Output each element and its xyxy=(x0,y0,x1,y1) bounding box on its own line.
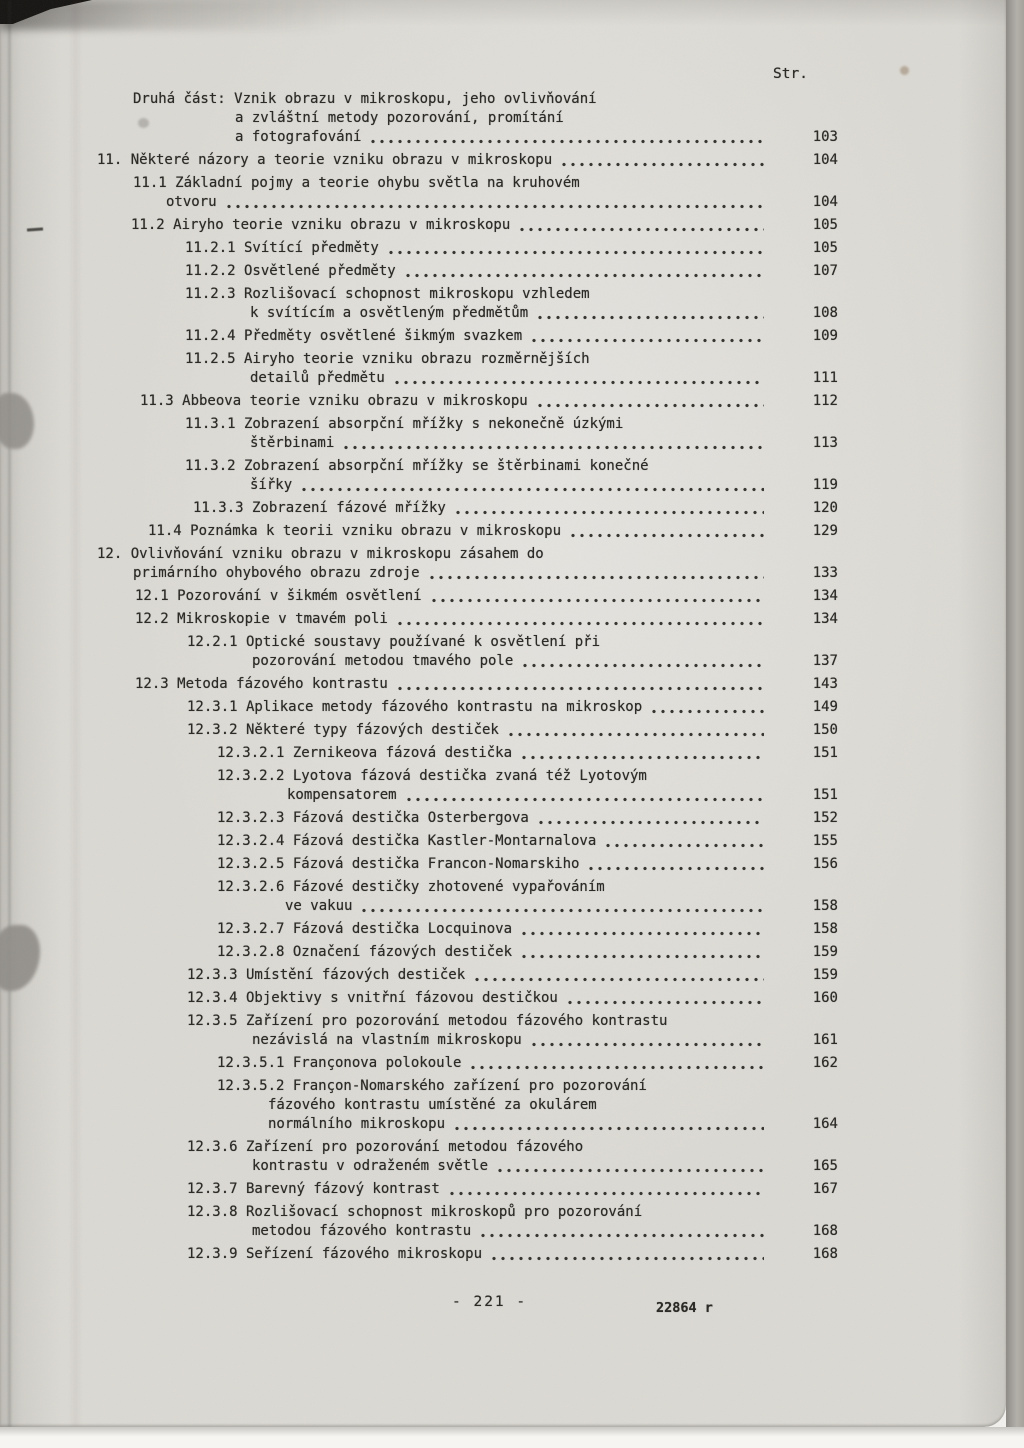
toc-entry-title: 12.3.2.6 Fázové destičky zhotovené vypař… xyxy=(217,879,605,895)
toc-entry-title: 11.3 Abbeova teorie vzniku obrazu v mikr… xyxy=(140,392,528,411)
dot-leader xyxy=(406,797,764,802)
toc-page-number: 159 xyxy=(790,966,838,985)
toc-entry-title: Druhá část: Vznik obrazu v mikroskopu, j… xyxy=(133,91,597,107)
toc-entry: 11. Některé názory a teorie vzniku obraz… xyxy=(60,151,838,170)
toc-entry-title: 12. Ovlivňování vzniku obrazu v mikrosko… xyxy=(97,546,544,562)
toc-entry-title: a zvláštní metody pozorování, promítání xyxy=(235,110,564,126)
toc-page-number: 104 xyxy=(790,193,838,212)
dot-leader xyxy=(480,1233,764,1238)
toc-entry: 12.3.2.7 Fázová destička Locquinova158 xyxy=(60,920,838,939)
toc-page-number: 160 xyxy=(790,989,838,1008)
toc-entry-title: 11.2 Airyho teorie vzniku obrazu v mikro… xyxy=(131,216,510,235)
dot-leader xyxy=(605,843,764,848)
toc-entry-title: 11.3.2 Zobrazení absorpční mřížky se ště… xyxy=(185,458,649,474)
toc-entry-title: 12.3.2.7 Fázová destička Locquinova xyxy=(217,920,512,939)
toc-entry-title: 12.3.1 Aplikace metody fázového kontrast… xyxy=(187,698,642,717)
toc-entry: 11.2.5 Airyho teorie vzniku obrazu rozmě… xyxy=(60,350,838,388)
toc-line: 12.2.1 Optické soustavy používané k osvě… xyxy=(60,633,838,652)
dot-leader xyxy=(431,598,764,603)
toc-entry: 12.3.9 Seřízení fázového mikroskopu168 xyxy=(60,1245,838,1264)
toc-entry-title: štěrbinami xyxy=(250,434,334,453)
toc-line: 12.3.2.4 Fázová destička Kastler-Montarn… xyxy=(60,832,838,851)
toc-line: 11.3.3 Zobrazení fázové mřížky120 xyxy=(60,499,838,518)
toc-entry: 11.2.1 Svítící předměty105 xyxy=(60,239,838,258)
toc-line: metodou fázového kontrastu168 xyxy=(60,1222,838,1241)
dot-leader xyxy=(521,931,764,936)
dot-leader xyxy=(588,866,764,871)
toc-page-number: 155 xyxy=(790,832,838,851)
toc-entry-title: 12.3.2.3 Fázová destička Osterbergova xyxy=(217,809,529,828)
toc-line: 11.2.5 Airyho teorie vzniku obrazu rozmě… xyxy=(60,350,838,369)
toc-page-number: 103 xyxy=(790,128,838,147)
toc-entry-title: 12.3.3 Umístění fázových destiček xyxy=(187,966,465,985)
toc-page-number: 133 xyxy=(790,564,838,583)
pen-dash-mark xyxy=(27,227,43,231)
toc-line: k svítícím a osvětleným předmětům108 xyxy=(60,304,838,323)
dot-leader xyxy=(497,1168,764,1173)
toc-entry: 12.3.2.3 Fázová destička Osterbergova152 xyxy=(60,809,838,828)
toc-entry: 12.3.2 Některé typy fázových destiček150 xyxy=(60,721,838,740)
toc-page-number: 119 xyxy=(790,476,838,495)
toc-entry-title: 12.3.2.4 Fázová destička Kastler-Montarn… xyxy=(217,832,596,851)
toc-entry-title: 12.3.8 Rozlišovací schopnost mikroskopů … xyxy=(187,1204,642,1220)
table-of-contents: Druhá část: Vznik obrazu v mikroskopu, j… xyxy=(60,90,838,1268)
dot-leader xyxy=(449,1191,764,1196)
toc-entry-title: 12.3.5.1 Françonova polokoule xyxy=(217,1054,461,1073)
toc-entry: 12.3.2.1 Zernikeova fázová destička151 xyxy=(60,744,838,763)
toc-page-number: 152 xyxy=(790,809,838,828)
toc-page-number: 161 xyxy=(790,1031,838,1050)
scanned-page: Str. Druhá část: Vznik obrazu v mikrosko… xyxy=(0,0,1024,1448)
toc-page-number: 105 xyxy=(790,239,838,258)
toc-page-number: 159 xyxy=(790,943,838,962)
toc-entry-title: 12.3.6 Zařízení pro pozorování metodou f… xyxy=(187,1139,583,1155)
toc-line: kontrastu v odraženém světle165 xyxy=(60,1157,838,1176)
toc-entry-title: 11.2.4 Předměty osvětlené šikmým svazkem xyxy=(185,327,522,346)
dot-leader xyxy=(651,709,764,714)
toc-entry-title: primárního ohybového obrazu zdroje xyxy=(133,564,420,583)
dot-leader xyxy=(531,1042,764,1047)
toc-line: 12.3.2.2 Lyotova fázová destička zvaná t… xyxy=(60,767,838,786)
dot-leader xyxy=(567,1000,764,1005)
paper-crease xyxy=(8,0,11,1427)
toc-entry-title: šířky xyxy=(250,476,292,495)
toc-page-number: 134 xyxy=(790,587,838,606)
toc-page-number: 158 xyxy=(790,920,838,939)
toc-entry: 11.2 Airyho teorie vzniku obrazu v mikro… xyxy=(60,216,838,235)
dot-leader xyxy=(301,487,764,492)
toc-line: 12.3.2.1 Zernikeova fázová destička151 xyxy=(60,744,838,763)
toc-entry: 11.2.2 Osvětlené předměty107 xyxy=(60,262,838,281)
dot-leader xyxy=(508,732,764,737)
dot-leader xyxy=(519,227,764,232)
toc-line: 11.2 Airyho teorie vzniku obrazu v mikro… xyxy=(60,216,838,235)
toc-entry: 12.3.6 Zařízení pro pozorování metodou f… xyxy=(60,1138,838,1176)
toc-entry-title: 12.3.7 Barevný fázový kontrast xyxy=(187,1180,440,1199)
toc-entry-title: 12.3.2.2 Lyotova fázová destička zvaná t… xyxy=(217,768,647,784)
toc-line: 12.3.2.6 Fázové destičky zhotovené vypař… xyxy=(60,878,838,897)
toc-line: 11. Některé názory a teorie vzniku obraz… xyxy=(60,151,838,170)
toc-page-number: 104 xyxy=(790,151,838,170)
scanner-background-edge xyxy=(1006,0,1024,1427)
dot-leader xyxy=(370,139,764,144)
toc-entry: 12.2 Mikroskopie v tmavém poli134 xyxy=(60,610,838,629)
toc-entry-title: metodou fázového kontrastu xyxy=(252,1222,471,1241)
toc-entry-title: 12.2.1 Optické soustavy používané k osvě… xyxy=(187,634,600,650)
toc-page-number: 105 xyxy=(790,216,838,235)
toc-line: 12.3.2.3 Fázová destička Osterbergova152 xyxy=(60,809,838,828)
toc-entry: 12.3.5.2 Françon-Nomarského zařízení pro… xyxy=(60,1077,838,1134)
toc-page-number: 109 xyxy=(790,327,838,346)
toc-entry-title: detailů předmětu xyxy=(250,369,385,388)
toc-entry-title: k svítícím a osvětleným předmětům xyxy=(250,304,528,323)
toc-entry: 12.3.4 Objektivy s vnitřní fázovou desti… xyxy=(60,989,838,1008)
dot-leader xyxy=(226,204,764,209)
dot-leader xyxy=(361,908,764,913)
toc-entry-title: 12.3.2.5 Fázová destička Francon-Nomarsk… xyxy=(217,855,579,874)
dot-leader xyxy=(537,403,764,408)
toc-entry-title: 11.1 Základní pojmy a teorie ohybu světl… xyxy=(133,175,580,191)
toc-line: kompensatorem151 xyxy=(60,786,838,805)
dot-leader xyxy=(537,315,764,320)
dot-leader xyxy=(405,273,764,278)
toc-entry-title: 12.3.5.2 Françon-Nomarského zařízení pro… xyxy=(217,1078,647,1094)
toc-entry-title: 11.3.1 Zobrazení absorpční mřížky s neko… xyxy=(185,416,623,432)
toc-page-number: 168 xyxy=(790,1222,838,1241)
toc-line: fázového kontrastu umístěné za okulárem xyxy=(60,1096,838,1115)
dot-leader xyxy=(394,380,764,385)
dot-leader xyxy=(491,1256,764,1261)
dot-leader xyxy=(397,686,764,691)
toc-entry-title: 12.3.4 Objektivy s vnitřní fázovou desti… xyxy=(187,989,558,1008)
toc-line: 11.4 Poznámka k teorii vzniku obrazu v m… xyxy=(60,522,838,541)
toc-page-number: 112 xyxy=(790,392,838,411)
toc-line: 12.3.4 Objektivy s vnitřní fázovou desti… xyxy=(60,989,838,1008)
toc-entry-title: 12.3 Metoda fázového kontrastu xyxy=(135,675,388,694)
toc-line: Druhá část: Vznik obrazu v mikroskopu, j… xyxy=(60,90,838,109)
toc-entry: 12.3.3 Umístění fázových destiček159 xyxy=(60,966,838,985)
toc-line: štěrbinami113 xyxy=(60,434,838,453)
dot-leader xyxy=(570,533,764,538)
toc-entry: 11.2.4 Předměty osvětlené šikmým svazkem… xyxy=(60,327,838,346)
toc-line: normálního mikroskopu164 xyxy=(60,1115,838,1134)
toc-line: 11.3 Abbeova teorie vzniku obrazu v mikr… xyxy=(60,392,838,411)
toc-page-number: 143 xyxy=(790,675,838,694)
toc-entry: 11.4 Poznámka k teorii vzniku obrazu v m… xyxy=(60,522,838,541)
toc-line: 12.3.3 Umístění fázových destiček159 xyxy=(60,966,838,985)
dot-leader xyxy=(561,162,764,167)
toc-entry-title: 12.3.9 Seřízení fázového mikroskopu xyxy=(187,1245,482,1264)
dot-leader xyxy=(521,954,764,959)
toc-entry-title: otvoru xyxy=(166,193,217,212)
toc-entry-title: fázového kontrastu umístěné za okulárem xyxy=(268,1097,597,1113)
toc-page-number: 158 xyxy=(790,897,838,916)
toc-line: 12.3.5 Zařízení pro pozorování metodou f… xyxy=(60,1012,838,1031)
toc-entry-title: 12.3.2.1 Zernikeova fázová destička xyxy=(217,744,512,763)
toc-entry: 11.3.2 Zobrazení absorpční mřížky se ště… xyxy=(60,457,838,495)
toc-page-number: 162 xyxy=(790,1054,838,1073)
paper-stain xyxy=(900,66,909,75)
toc-entry-title: pozorování metodou tmavého pole xyxy=(252,652,513,671)
toc-line: 12. Ovlivňování vzniku obrazu v mikrosko… xyxy=(60,545,838,564)
toc-entry-title: 11.2.5 Airyho teorie vzniku obrazu rozmě… xyxy=(185,351,590,367)
toc-line: 11.3.2 Zobrazení absorpční mřížky se ště… xyxy=(60,457,838,476)
toc-line: 12.3.5.1 Françonova polokoule162 xyxy=(60,1054,838,1073)
dot-leader xyxy=(429,575,764,580)
toc-entry-title: normálního mikroskopu xyxy=(268,1115,445,1134)
dot-leader xyxy=(397,621,764,626)
toc-entry-title: 11.4 Poznámka k teorii vzniku obrazu v m… xyxy=(148,522,561,541)
toc-entry: 12.3.2.6 Fázové destičky zhotovené vypař… xyxy=(60,878,838,916)
footer-print-code: 22864 r xyxy=(656,1300,713,1316)
toc-page-number: 150 xyxy=(790,721,838,740)
toc-entry-title: 11.2.1 Svítící předměty xyxy=(185,239,379,258)
toc-entry: 12.3.8 Rozlišovací schopnost mikroskopů … xyxy=(60,1203,838,1241)
dot-leader xyxy=(454,1126,764,1131)
toc-line: 12.3.2.8 Označení fázových destiček159 xyxy=(60,943,838,962)
toc-entry: 12.3.2.5 Fázová destička Francon-Nomarsk… xyxy=(60,855,838,874)
toc-line: 12.3 Metoda fázového kontrastu143 xyxy=(60,675,838,694)
dot-leader xyxy=(343,445,764,450)
dot-leader xyxy=(521,755,764,760)
toc-entry: 11.2.3 Rozlišovací schopnost mikroskopu … xyxy=(60,285,838,323)
toc-page-number: 164 xyxy=(790,1115,838,1134)
toc-entry: 11.3.3 Zobrazení fázové mřížky120 xyxy=(60,499,838,518)
toc-line: 12.3.2 Některé typy fázových destiček150 xyxy=(60,721,838,740)
toc-line: 12.3.9 Seřízení fázového mikroskopu168 xyxy=(60,1245,838,1264)
toc-entry-title: 11.2.2 Osvětlené předměty xyxy=(185,262,396,281)
toc-entry: 12.3.1 Aplikace metody fázového kontrast… xyxy=(60,698,838,717)
toc-page-number: 151 xyxy=(790,744,838,763)
toc-entry-title: kompensatorem xyxy=(287,786,397,805)
toc-page-number: 129 xyxy=(790,522,838,541)
page-column-header: Str. xyxy=(773,66,808,82)
toc-line: 12.2 Mikroskopie v tmavém poli134 xyxy=(60,610,838,629)
dot-leader xyxy=(474,977,764,982)
toc-line: 12.3.8 Rozlišovací schopnost mikroskopů … xyxy=(60,1203,838,1222)
toc-line: 11.1 Základní pojmy a teorie ohybu světl… xyxy=(60,174,838,193)
toc-line: a zvláštní metody pozorování, promítání xyxy=(60,109,838,128)
toc-page-number: 137 xyxy=(790,652,838,671)
toc-line: šířky119 xyxy=(60,476,838,495)
toc-entry-title: nezávislá na vlastním mikroskopu xyxy=(252,1031,522,1050)
toc-page-number: 167 xyxy=(790,1180,838,1199)
toc-entry-title: 11.3.3 Zobrazení fázové mřížky xyxy=(193,499,446,518)
toc-line: 11.2.1 Svítící předměty105 xyxy=(60,239,838,258)
toc-line: 12.3.1 Aplikace metody fázového kontrast… xyxy=(60,698,838,717)
footer-page-number: - 221 - xyxy=(452,1294,527,1310)
dot-leader xyxy=(388,250,764,255)
toc-entry: 12.3.7 Barevný fázový kontrast167 xyxy=(60,1180,838,1199)
toc-line: 12.1 Pozorování v šikmém osvětlení134 xyxy=(60,587,838,606)
toc-line: 12.3.7 Barevný fázový kontrast167 xyxy=(60,1180,838,1199)
toc-entry: 12.1 Pozorování v šikmém osvětlení134 xyxy=(60,587,838,606)
toc-entry: 12.3 Metoda fázového kontrastu143 xyxy=(60,675,838,694)
toc-entry: 12.2.1 Optické soustavy používané k osvě… xyxy=(60,633,838,671)
toc-page-number: 108 xyxy=(790,304,838,323)
toc-entry-title: 12.3.5 Zařízení pro pozorování metodou f… xyxy=(187,1013,667,1029)
toc-line: detailů předmětu111 xyxy=(60,369,838,388)
toc-page-number: 149 xyxy=(790,698,838,717)
toc-line: ve vakuu158 xyxy=(60,897,838,916)
toc-page-number: 156 xyxy=(790,855,838,874)
paper-sheet: Str. Druhá část: Vznik obrazu v mikrosko… xyxy=(0,0,1006,1427)
dot-leader xyxy=(538,820,764,825)
toc-line: 11.2.2 Osvětlené předměty107 xyxy=(60,262,838,281)
toc-entry-title: ve vakuu xyxy=(285,897,352,916)
toc-page-number: 165 xyxy=(790,1157,838,1176)
toc-entry: 12.3.5.1 Françonova polokoule162 xyxy=(60,1054,838,1073)
toc-entry: 11.3.1 Zobrazení absorpční mřížky s neko… xyxy=(60,415,838,453)
toc-entry-title: 11.2.3 Rozlišovací schopnost mikroskopu … xyxy=(185,286,590,302)
page-bottom-edge xyxy=(0,1427,1024,1448)
toc-entry-title: kontrastu v odraženém světle xyxy=(252,1157,488,1176)
toc-page-number: 111 xyxy=(790,369,838,388)
toc-page-number: 113 xyxy=(790,434,838,453)
toc-line: nezávislá na vlastním mikroskopu161 xyxy=(60,1031,838,1050)
toc-page-number: 134 xyxy=(790,610,838,629)
dot-leader xyxy=(455,510,764,515)
toc-entry: 12.3.5 Zařízení pro pozorování metodou f… xyxy=(60,1012,838,1050)
toc-entry-title: 12.3.2.8 Označení fázových destiček xyxy=(217,943,512,962)
toc-line: 11.2.4 Předměty osvětlené šikmým svazkem… xyxy=(60,327,838,346)
toc-line: a fotografování103 xyxy=(60,128,838,147)
toc-entry-title: 12.3.2 Některé typy fázových destiček xyxy=(187,721,499,740)
toc-entry: 12. Ovlivňování vzniku obrazu v mikrosko… xyxy=(60,545,838,583)
toc-entry: 12.3.2.2 Lyotova fázová destička zvaná t… xyxy=(60,767,838,805)
toc-line: 12.3.5.2 Françon-Nomarského zařízení pro… xyxy=(60,1077,838,1096)
dot-leader xyxy=(531,338,764,343)
toc-line: otvoru104 xyxy=(60,193,838,212)
toc-entry: Druhá část: Vznik obrazu v mikroskopu, j… xyxy=(60,90,838,147)
toc-entry-title: 11. Některé názory a teorie vzniku obraz… xyxy=(97,151,552,170)
toc-page-number: 120 xyxy=(790,499,838,518)
dot-leader xyxy=(470,1065,764,1070)
toc-entry: 11.3 Abbeova teorie vzniku obrazu v mikr… xyxy=(60,392,838,411)
toc-entry-title: 12.1 Pozorování v šikmém osvětlení xyxy=(135,587,422,606)
toc-page-number: 107 xyxy=(790,262,838,281)
toc-entry: 12.3.2.8 Označení fázových destiček159 xyxy=(60,943,838,962)
toc-entry-title: a fotografování xyxy=(235,128,361,147)
toc-entry: 11.1 Základní pojmy a teorie ohybu světl… xyxy=(60,174,838,212)
toc-line: pozorování metodou tmavého pole137 xyxy=(60,652,838,671)
toc-entry-title: 12.2 Mikroskopie v tmavém poli xyxy=(135,610,388,629)
toc-line: 11.2.3 Rozlišovací schopnost mikroskopu … xyxy=(60,285,838,304)
binding-mark-upper xyxy=(0,393,34,449)
binding-mark-lower xyxy=(0,925,40,991)
toc-line: 11.3.1 Zobrazení absorpční mřížky s neko… xyxy=(60,415,838,434)
toc-line: 12.3.2.5 Fázová destička Francon-Nomarsk… xyxy=(60,855,838,874)
toc-line: 12.3.6 Zařízení pro pozorování metodou f… xyxy=(60,1138,838,1157)
toc-line: primárního ohybového obrazu zdroje133 xyxy=(60,564,838,583)
dot-leader xyxy=(522,663,764,668)
toc-page-number: 168 xyxy=(790,1245,838,1264)
toc-entry: 12.3.2.4 Fázová destička Kastler-Montarn… xyxy=(60,832,838,851)
toc-line: 12.3.2.7 Fázová destička Locquinova158 xyxy=(60,920,838,939)
toc-page-number: 151 xyxy=(790,786,838,805)
